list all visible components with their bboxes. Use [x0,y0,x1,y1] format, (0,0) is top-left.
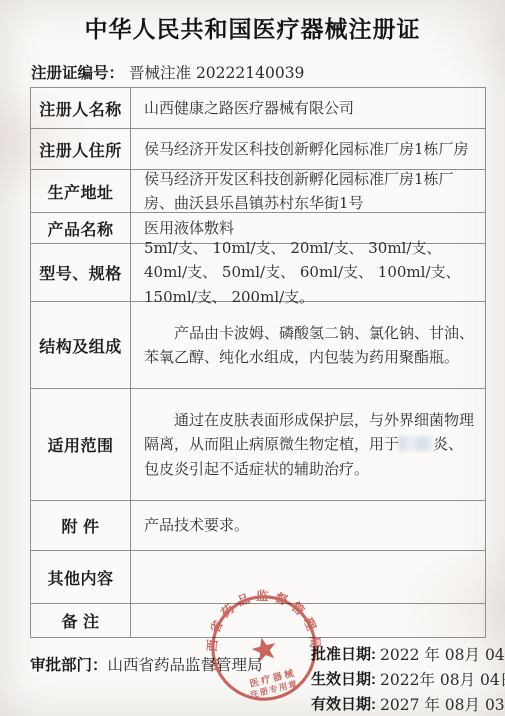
registration-number-value: 晋械注准 20222140039 [129,64,304,82]
table-row-scope-of-application: 适用范围 通过在皮肤表面形成保护层，与外界细菌物理隔离，从而阻止病原微生物定植，… [31,389,485,501]
scope-of-application-value: 通过在皮肤表面形成保护层，与外界细菌物理隔离，从而阻止病原微生物定植，用于炎、包… [131,389,485,500]
structure-composition-value: 产品由卡波姆、磷酸氢二钠、氯化钠、甘油、苯氧乙醇、纯化水组成，内包装为药用聚酯瓶… [131,302,485,388]
table-row-structure-composition: 结构及组成 产品由卡波姆、磷酸氢二钠、氯化钠、甘油、苯氧乙醇、纯化水组成，内包装… [31,302,485,389]
expiry-date-value: 2027 年 08月 03日 [380,693,505,715]
table-row-attachment: 附 件 产品技术要求。 [31,501,485,551]
registrant-address-label: 注册人住所 [31,129,131,169]
effective-date-value: 2022年 08月 04日 [380,668,505,690]
approval-department-label: 审批部门： [30,657,108,674]
scope-of-application-label: 适用范围 [31,389,131,500]
effective-date-label: 生效日期: [311,668,376,689]
effective-date-line: 生效日期: 2022年 08月 04日 [311,666,505,691]
registrant-name-label: 注册人名称 [31,88,131,128]
structure-composition-label: 结构及组成 [31,302,131,388]
table-row-production-address: 生产地址 侯马经济开发区科技创新孵化园标准厂房1栋厂房、曲沃县乐昌镇苏村东华街1… [31,170,485,213]
production-address-label: 生产地址 [31,170,131,212]
table-row-registrant-name: 注册人名称 山西健康之路医疗器械有限公司 [31,88,485,129]
registrant-address-value: 侯马经济开发区科技创新孵化园标准厂房1栋厂房 [131,129,485,169]
certificate-page: 中华人民共和国医疗器械注册证 注册证编号：晋械注准 20222140039 注册… [0,0,505,716]
table-row-registrant-address: 注册人住所 侯马经济开发区科技创新孵化园标准厂房1栋厂房 [31,129,485,170]
approval-date-label: 批准日期: [311,643,376,664]
table-row-model-spec: 型号、规格 5ml/支、 10ml/支、 20ml/支、 30ml/支、 40m… [31,244,485,302]
model-spec-value: 5ml/支、 10ml/支、 20ml/支、 30ml/支、 40ml/支、 5… [131,244,485,301]
expiry-date-label: 有效日期: [311,693,376,714]
product-name-label: 产品名称 [31,213,131,243]
model-spec-label: 型号、规格 [31,244,131,301]
production-address-value: 侯马经济开发区科技创新孵化园标准厂房1栋厂房、曲沃县乐昌镇苏村东华街1号 [131,170,485,212]
other-content-label: 其他内容 [31,551,131,603]
date-block: 批准日期: 2022 年 08月 04日 生效日期: 2022年 08月 04日… [311,641,505,716]
certificate-title: 中华人民共和国医疗器械注册证 [0,11,505,44]
attachment-label: 附 件 [31,501,131,550]
expiry-date-line: 有效日期: 2027 年 08月 03日 [311,691,505,716]
attachment-value: 产品技术要求。 [131,501,485,550]
registration-number-line: 注册证编号：晋械注准 20222140039 [31,61,304,83]
certificate-table: 注册人名称 山西健康之路医疗器械有限公司 注册人住所 侯马经济开发区科技创新孵化… [30,87,486,638]
table-row-other-content: 其他内容 [31,551,485,604]
stamp-line2: 注册专用章 [249,678,299,700]
table-row-remarks: 备 注 [31,604,485,637]
approval-department-line: 审批部门：山西省药品监督管理局 [30,653,263,675]
approval-date-line: 批准日期: 2022 年 08月 04日 [311,641,505,666]
approval-date-value: 2022 年 08月 04日 [380,643,505,665]
approval-department-value: 山西省药品监督管理局 [108,656,263,674]
registration-number-label: 注册证编号： [31,65,124,82]
registrant-name-value: 山西健康之路医疗器械有限公司 [131,88,485,128]
redacted-text [399,436,433,451]
other-content-value [131,551,485,603]
remarks-label: 备 注 [31,604,131,637]
remarks-value [131,604,485,637]
